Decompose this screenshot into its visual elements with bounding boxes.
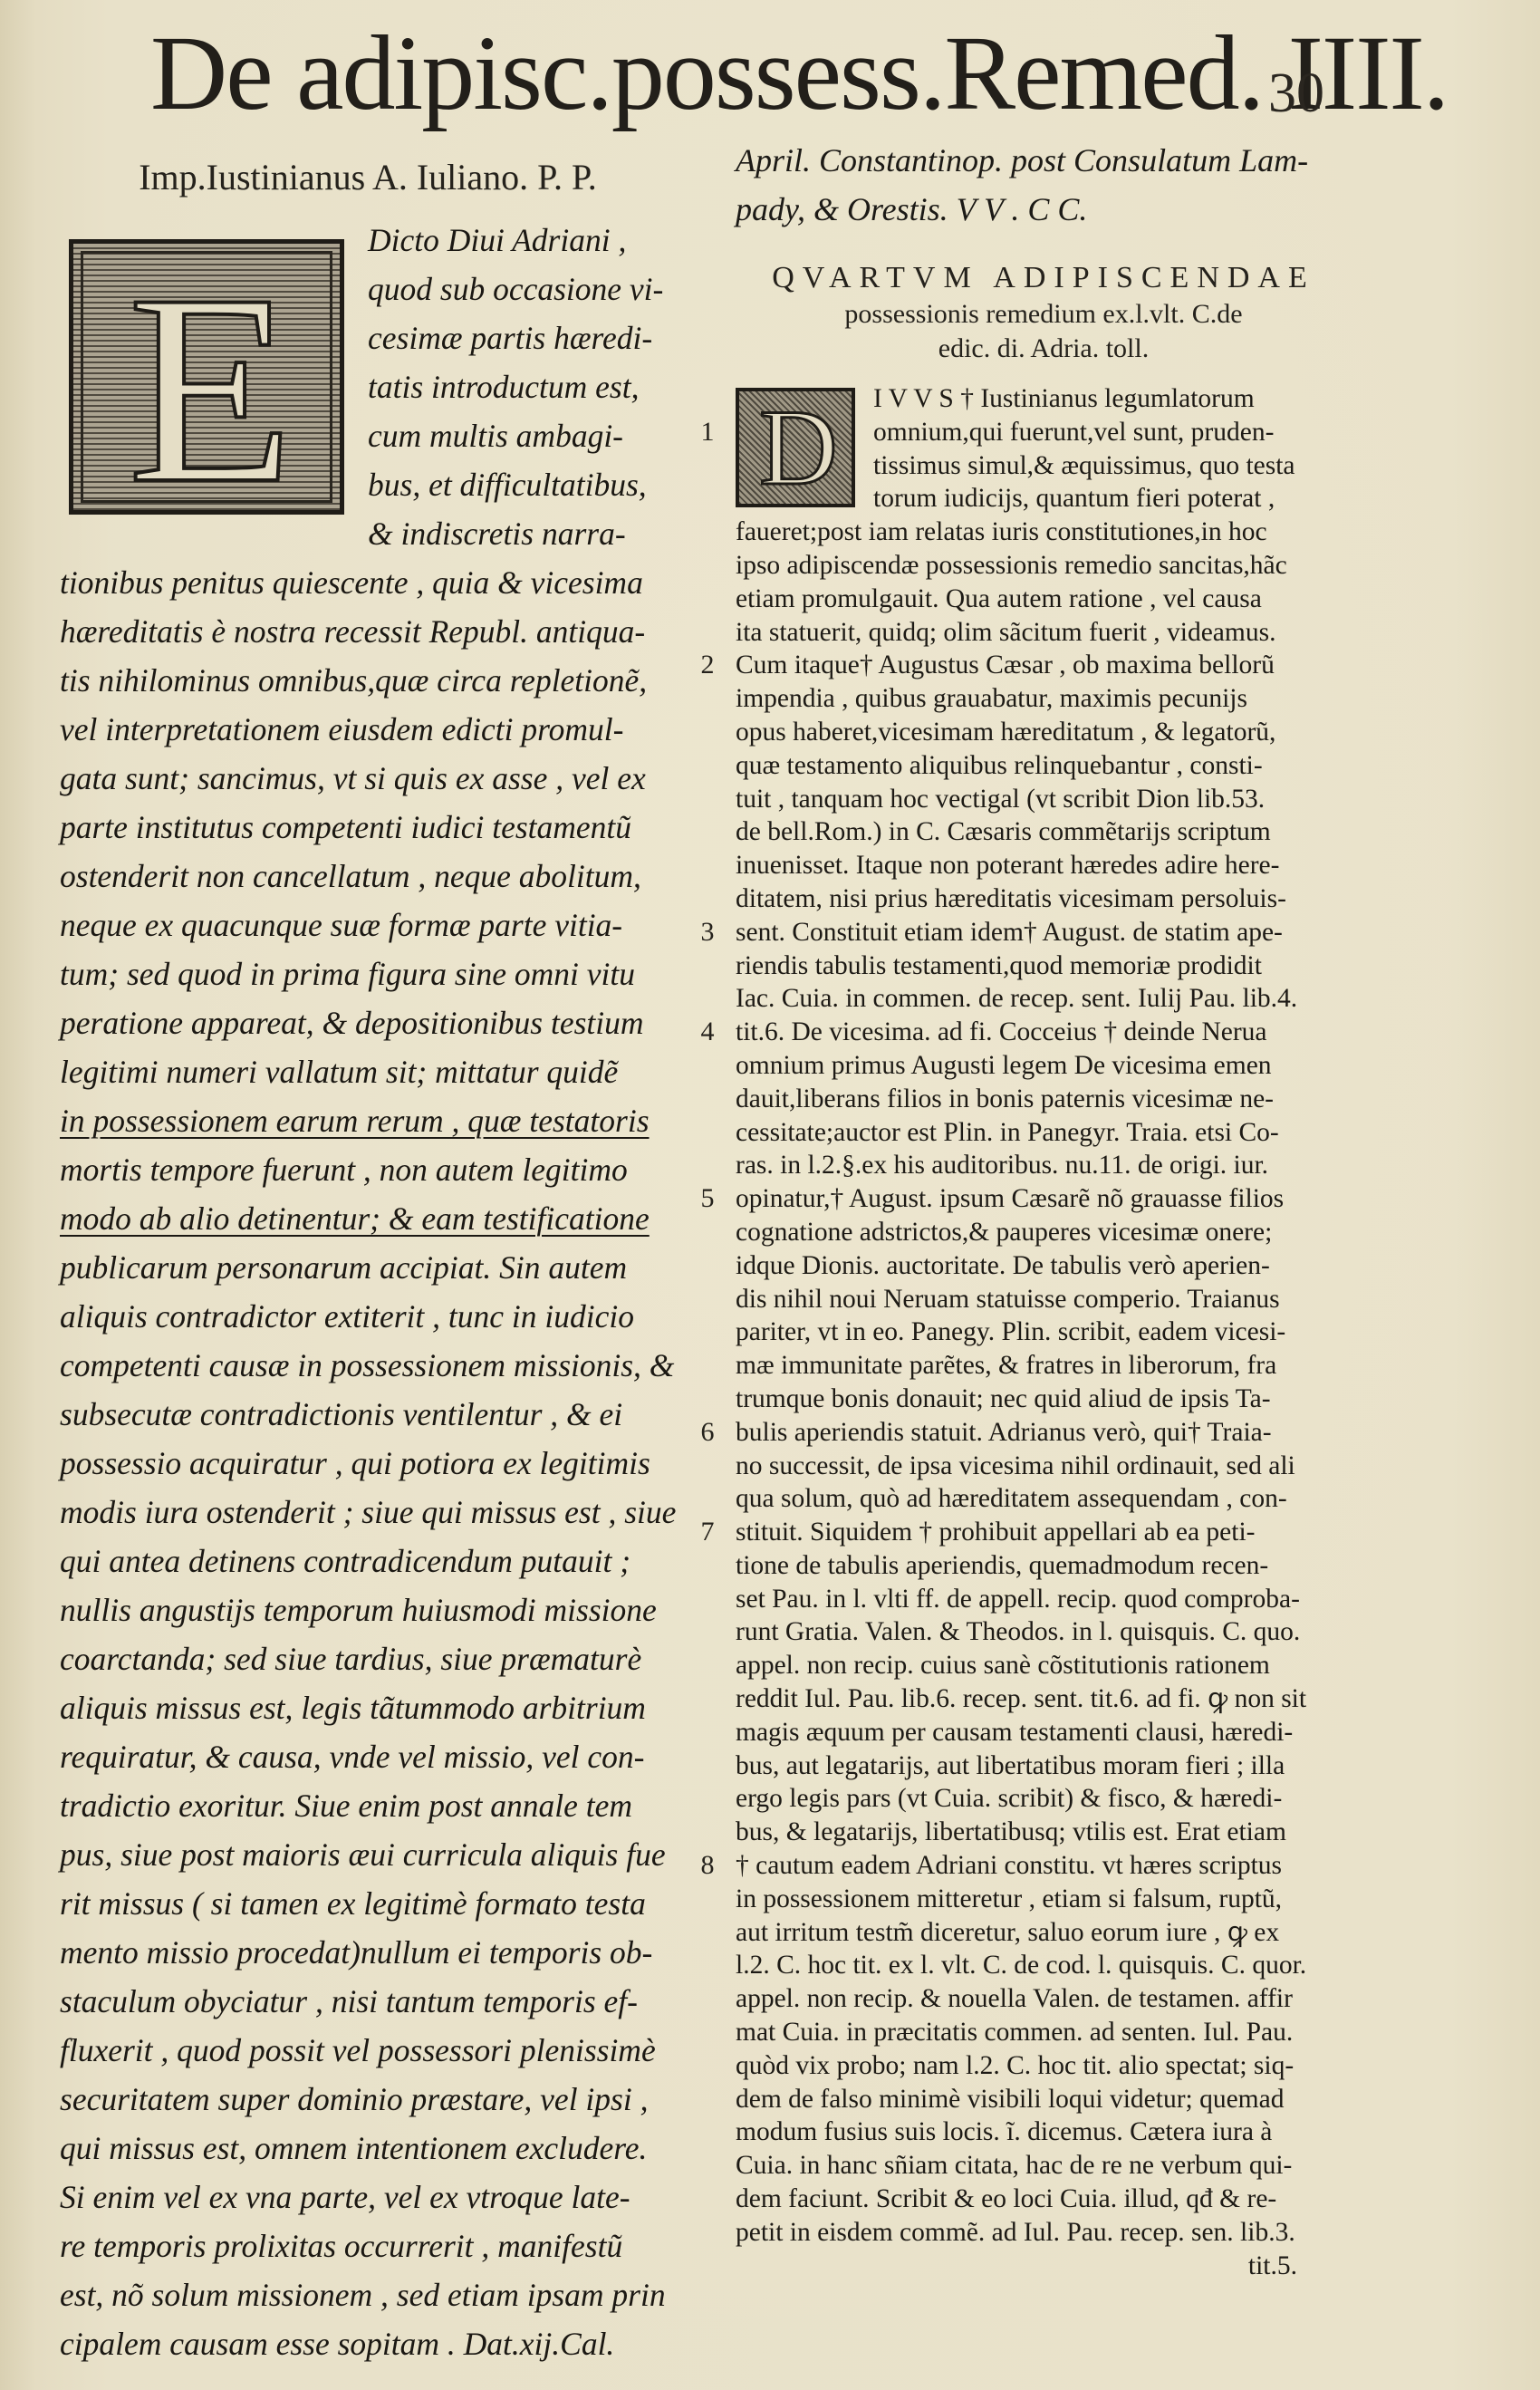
line-text: set Pau. in l. vlti ff. de appell. recip… bbox=[736, 1585, 1300, 1614]
edict-body: tionibus penitus quiescente , quia & vic… bbox=[60, 558, 676, 2368]
underlined-text-line: modo ab alio detinentur; & eam testifica… bbox=[60, 1194, 676, 1243]
line-text: reddit Iul. Pau. lib.6. recep. sent. tit… bbox=[736, 1684, 1306, 1713]
line-text: opinatur,† August. ipsum Cæsarẽ nõ graua… bbox=[736, 1184, 1284, 1213]
text-line: appel. non recip. & nouella Valen. de te… bbox=[736, 1982, 1352, 2016]
text-line: publicarum personarum accipiat. Sin aute… bbox=[60, 1243, 676, 1292]
text-line: omnium primus Augusti legem De vicesima … bbox=[736, 1049, 1352, 1083]
margin-number: 4 bbox=[694, 1016, 721, 1049]
text-line: 3sent. Constituit etiam idem† August. de… bbox=[736, 916, 1352, 949]
text-line: impendia , quibus grauabatur, maximis pe… bbox=[736, 682, 1352, 716]
text-line: qua solum, quò ad hæreditatem assequenda… bbox=[736, 1482, 1352, 1516]
text-line: qui missus est, omnem intentionem exclud… bbox=[60, 2124, 676, 2173]
line-text: tissimus simul,& æquissimus, quo testa bbox=[873, 451, 1295, 480]
text-line: hæreditatis è nostra recessit Republ. an… bbox=[60, 607, 676, 656]
line-text: ipso adipiscendæ possessionis remedio sa… bbox=[736, 551, 1287, 580]
line-text: no successit, de ipsa vicesima nihil ord… bbox=[736, 1451, 1295, 1480]
line-text: mat Cuia. in præcitatis commen. ad sente… bbox=[736, 2018, 1293, 2047]
rubric-heading: Imp.Iustinianus A. Iuliano. P. P. bbox=[60, 156, 676, 199]
text-line: modis iura ostenderit ; siue qui missus … bbox=[60, 1488, 676, 1537]
line-text: Cum itaque† Augustus Cæsar , ob maxima b… bbox=[736, 651, 1275, 679]
line-text: petit in eisdem commẽ. ad Iul. Pau. rece… bbox=[736, 2218, 1295, 2247]
text-line: Cuia. in hanc sñiam citata, hac de re ne… bbox=[736, 2149, 1352, 2183]
line-text: Cuia. in hanc sñiam citata, hac de re ne… bbox=[736, 2151, 1292, 2180]
running-title: De adipisc.possess.Remed. IIII. bbox=[150, 20, 1448, 127]
line-text: appel. non recip. & nouella Valen. de te… bbox=[736, 1984, 1293, 2013]
text-line: 7stituit. Siquidem † prohibuit appellari… bbox=[736, 1516, 1352, 1549]
line-text: I V V S † Iustinianus legumlatorum bbox=[873, 384, 1255, 413]
text-line: mæ immunitate parẽtes, & fratres in libe… bbox=[736, 1349, 1352, 1383]
line-text: sent. Constituit etiam idem† August. de … bbox=[736, 918, 1283, 947]
text-line: mortis tempore fuerunt , non autem legit… bbox=[60, 1145, 676, 1194]
line-text: trumque bonis donauit; nec quid aliud de… bbox=[736, 1384, 1271, 1413]
text-line: ergo legis pars (vt Cuia. scribit) & fis… bbox=[736, 1782, 1352, 1816]
text-line: bus, aut legatarijs, aut libertatibus mo… bbox=[736, 1749, 1352, 1783]
text-line: Iac. Cuia. in commen. de recep. sent. Iu… bbox=[736, 982, 1352, 1016]
line-text: mæ immunitate parẽtes, & fratres in libe… bbox=[736, 1351, 1276, 1380]
text-line: idque Dionis. auctoritate. De tabulis ve… bbox=[736, 1249, 1352, 1283]
line-text: stituit. Siquidem † prohibuit appellari … bbox=[736, 1518, 1256, 1547]
line-text: faueret;post iam relatas iuris constitut… bbox=[736, 517, 1267, 546]
text-line: ostenderit non cancellatum , neque aboli… bbox=[60, 852, 676, 901]
line-text: dis nihil noui Neruam statuisse comperio… bbox=[736, 1285, 1280, 1314]
text-line: trumque bonis donauit; nec quid aliud de… bbox=[736, 1383, 1352, 1416]
text-line: pady, & Orestis. V V . C C. bbox=[736, 185, 1352, 234]
line-text: aut irritum testm̃ diceretur, saluo eoru… bbox=[736, 1918, 1279, 1947]
text-line: fluxerit , quod possit vel possessori pl… bbox=[60, 2026, 676, 2075]
line-text: tione de tabulis aperiendis, quemadmodum… bbox=[736, 1551, 1268, 1580]
text-line: ditatem, nisi prius hæreditatis vicesima… bbox=[736, 882, 1352, 916]
text-line: opus haberet,vicesimam hæreditatum , & l… bbox=[736, 716, 1352, 749]
text-line: pus, siue post maioris æui curricula ali… bbox=[60, 1830, 676, 1879]
section-heading-caps: QVARTVM ADIPISCENDAE bbox=[736, 259, 1352, 297]
line-text: ita statuerit, quidq; olim sãcitum fueri… bbox=[736, 618, 1275, 647]
text-line: ipso adipiscendæ possessionis remedio sa… bbox=[736, 549, 1352, 583]
line-text: runt Gratia. Valen. & Theodos. in l. qui… bbox=[736, 1617, 1300, 1646]
line-text: ergo legis pars (vt Cuia. scribit) & fis… bbox=[736, 1784, 1282, 1813]
line-text: † cautum eadem Adriani constitu. vt hære… bbox=[736, 1851, 1282, 1880]
decorated-initial-e-icon: E bbox=[69, 239, 344, 515]
text-line: cipalem causam esse sopitam . Dat.xij.Ca… bbox=[60, 2319, 676, 2368]
text-line: peratione appareat, & depositionibus tes… bbox=[60, 998, 676, 1047]
line-text: cessitate;auctor est Plin. in Panegyr. T… bbox=[736, 1118, 1279, 1147]
page-number: 30 bbox=[1268, 65, 1324, 121]
line-text: l.2. C. hoc tit. ex l. vlt. C. de cod. l… bbox=[736, 1951, 1306, 1980]
text-line: tionibus penitus quiescente , quia & vic… bbox=[60, 558, 676, 607]
line-text: idque Dionis. auctoritate. De tabulis ve… bbox=[736, 1251, 1270, 1280]
underlined-text-line: in possessionem earum rerum , quæ testat… bbox=[60, 1096, 676, 1145]
text-line: set Pau. in l. vlti ff. de appell. recip… bbox=[736, 1583, 1352, 1616]
text-line: mat Cuia. in præcitatis commen. ad sente… bbox=[736, 2016, 1352, 2049]
text-line: aut irritum testm̃ diceretur, saluo eoru… bbox=[736, 1916, 1352, 1950]
date-subscription: April. Constantinop. post Consulatum Lam… bbox=[736, 136, 1352, 234]
text-line: gata sunt; sancimus, vt si quis ex asse … bbox=[60, 754, 676, 803]
line-text: riendis tabulis testamenti,quod memoriæ … bbox=[736, 951, 1262, 980]
text-line: competenti causæ in possessionem mission… bbox=[60, 1341, 676, 1390]
text-line: magis æquum per causam testamenti clausi… bbox=[736, 1716, 1352, 1749]
section-heading: QVARTVM ADIPISCENDAE possessionis remedi… bbox=[736, 259, 1352, 366]
line-text: Iac. Cuia. in commen. de recep. sent. Iu… bbox=[736, 984, 1297, 1013]
text-line: dauit,liberans filios in bonis paternis … bbox=[736, 1083, 1352, 1116]
text-line: bus, & legatarijs, libertatibusq; vtilis… bbox=[736, 1816, 1352, 1849]
line-text: dem faciunt. Scribit & eo loci Cuia. ill… bbox=[736, 2184, 1276, 2213]
line-text: omnium primus Augusti legem De vicesima … bbox=[736, 1051, 1272, 1080]
text-line: no successit, de ipsa vicesima nihil ord… bbox=[736, 1450, 1352, 1483]
text-line: qui antea detinens contradicendum putaui… bbox=[60, 1537, 676, 1585]
text-line: dem de falso minimè visibili loqui videt… bbox=[736, 2083, 1352, 2116]
text-line: dis nihil noui Neruam statuisse comperio… bbox=[736, 1283, 1352, 1316]
text-line: etiam promulgauit. Qua autem ratione , v… bbox=[736, 583, 1352, 616]
text-line: possessio acquiratur , qui potiora ex le… bbox=[60, 1439, 676, 1488]
margin-number: 5 bbox=[694, 1182, 721, 1216]
line-text: ditatem, nisi prius hæreditatis vicesima… bbox=[736, 884, 1286, 913]
text-line: requiratur, & causa, vnde vel missio, ve… bbox=[60, 1732, 676, 1781]
text-line: quæ testamento aliquibus relinquebantur … bbox=[736, 749, 1352, 783]
text-line: legitimi numeri vallatum sit; mittatur q… bbox=[60, 1047, 676, 1096]
text-line: tradictio exoritur. Siue enim post annal… bbox=[60, 1781, 676, 1830]
text-line: faueret;post iam relatas iuris constitut… bbox=[736, 516, 1352, 549]
margin-number: 7 bbox=[694, 1516, 721, 1549]
text-line: neque ex quacunque suæ formæ parte vitia… bbox=[60, 901, 676, 949]
line-text: qua solum, quò ad hæreditatem assequenda… bbox=[736, 1484, 1287, 1513]
line-text: cognatione adstrictos,& pauperes vicesim… bbox=[736, 1218, 1272, 1247]
text-line: 1omnium,qui fuerunt,vel sunt, pruden- bbox=[736, 416, 1352, 449]
margin-number: 8 bbox=[694, 1849, 721, 1883]
text-line: cessitate;auctor est Plin. in Panegyr. T… bbox=[736, 1116, 1352, 1150]
section-heading-sub: edic. di. Adria. toll. bbox=[736, 332, 1352, 366]
line-text: bus, aut legatarijs, aut libertatibus mo… bbox=[736, 1751, 1285, 1780]
line-text: bulis aperiendis statuit. Adrianus verò,… bbox=[736, 1418, 1272, 1447]
text-line: quòd vix probo; nam l.2. C. hoc tit. ali… bbox=[736, 2049, 1352, 2083]
section-heading-sub: possessionis remedium ex.l.vlt. C.de bbox=[736, 297, 1352, 332]
text-line: riendis tabulis testamenti,quod memoriæ … bbox=[736, 949, 1352, 983]
margin-number: 6 bbox=[694, 1416, 721, 1450]
line-text: etiam promulgauit. Qua autem ratione , v… bbox=[736, 584, 1262, 613]
line-text: torum iudicijs, quantum fieri poterat , bbox=[873, 484, 1275, 513]
text-line: runt Gratia. Valen. & Theodos. in l. qui… bbox=[736, 1615, 1352, 1649]
line-text: opus haberet,vicesimam hæreditatum , & l… bbox=[736, 718, 1275, 747]
text-line: appel. non recip. cuius sanè cõstitution… bbox=[736, 1649, 1352, 1682]
left-column: Imp.Iustinianus A. Iuliano. P. P. E Dict… bbox=[60, 156, 676, 2368]
line-text: ras. in l.2.§.ex his auditoribus. nu.11.… bbox=[736, 1151, 1268, 1180]
line-text: bus, & legatarijs, libertatibusq; vtilis… bbox=[736, 1817, 1286, 1846]
text-line: ras. in l.2.§.ex his auditoribus. nu.11.… bbox=[736, 1149, 1352, 1182]
text-line: Si enim vel ex vna parte, vel ex vtroque… bbox=[60, 2173, 676, 2221]
right-column: April. Constantinop. post Consulatum Lam… bbox=[736, 136, 1352, 2282]
text-line: cognatione adstrictos,& pauperes vicesim… bbox=[736, 1216, 1352, 1249]
text-line: nullis angustijs temporum huiusmodi miss… bbox=[60, 1585, 676, 1634]
text-line: staculum obyciatur , nisi tantum tempori… bbox=[60, 1977, 676, 2026]
text-line: subsecutæ contradictionis ventilentur , … bbox=[60, 1390, 676, 1439]
text-line: mento missio procedat)nullum ei temporis… bbox=[60, 1928, 676, 1977]
text-line: petit in eisdem commẽ. ad Iul. Pau. rece… bbox=[736, 2216, 1352, 2250]
text-line: rit missus ( si tamen ex legitimè format… bbox=[60, 1879, 676, 1928]
text-line: coarctanda; sed siue tardius, siue præma… bbox=[60, 1634, 676, 1683]
line-text: appel. non recip. cuius sanè cõstitution… bbox=[736, 1651, 1270, 1680]
text-line: reddit Iul. Pau. lib.6. recep. sent. tit… bbox=[736, 1682, 1352, 1716]
text-line: de bell.Rom.) in C. Cæsaris commẽtarijs … bbox=[736, 815, 1352, 849]
text-line: 4tit.6. De vicesima. ad fi. Cocceius † d… bbox=[736, 1016, 1352, 1049]
text-line: tione de tabulis aperiendis, quemadmodum… bbox=[736, 1549, 1352, 1583]
text-line: securitatem super dominio præstare, vel … bbox=[60, 2075, 676, 2124]
text-line: 5opinatur,† August. ipsum Cæsarẽ nõ grau… bbox=[736, 1182, 1352, 1216]
line-text: omnium,qui fuerunt,vel sunt, pruden- bbox=[873, 418, 1274, 447]
commentary-body: D I V V S † Iustinianus legumlatorum 1om… bbox=[736, 382, 1352, 2282]
text-line: aliquis contradictor extiterit , tunc in… bbox=[60, 1292, 676, 1341]
text-line: est, nõ solum missionem , sed etiam ipsa… bbox=[60, 2270, 676, 2319]
line-text: modum fusius suis locis. ĩ. dicemus. Cæt… bbox=[736, 2117, 1272, 2146]
line-text: dem de falso minimè visibili loqui videt… bbox=[736, 2085, 1284, 2114]
text-line: modum fusius suis locis. ĩ. dicemus. Cæt… bbox=[736, 2115, 1352, 2149]
book-page: De adipisc.possess.Remed. IIII. 30 Imp.I… bbox=[0, 0, 1540, 2390]
line-text: quòd vix probo; nam l.2. C. hoc tit. ali… bbox=[736, 2051, 1294, 2080]
text-line: tum; sed quod in prima figura sine omni … bbox=[60, 949, 676, 998]
text-line: dem faciunt. Scribit & eo loci Cuia. ill… bbox=[736, 2183, 1352, 2216]
line-text: dauit,liberans filios in bonis paternis … bbox=[736, 1084, 1274, 1113]
text-line: re temporis prolixitas occurrerit , mani… bbox=[60, 2221, 676, 2270]
margin-number: 1 bbox=[694, 416, 721, 449]
line-text: in possessionem mitteretur , etiam si fa… bbox=[736, 1884, 1282, 1913]
text-line: pariter, vt in eo. Panegy. Plin. scribit… bbox=[736, 1315, 1352, 1349]
line-text: magis æquum per causam testamenti clausi… bbox=[736, 1718, 1293, 1747]
text-line: 6bulis aperiendis statuit. Adrianus verò… bbox=[736, 1416, 1352, 1450]
line-text: pariter, vt in eo. Panegy. Plin. scribit… bbox=[736, 1317, 1285, 1346]
text-line: tuit , tanquam hoc vectigal (vt scribit … bbox=[736, 783, 1352, 816]
line-text: tuit , tanquam hoc vectigal (vt scribit … bbox=[736, 785, 1265, 814]
text-line: aliquis missus est, legis tãtummodo arbi… bbox=[60, 1683, 676, 1732]
text-line: I V V S † Iustinianus legumlatorum bbox=[736, 382, 1352, 416]
line-text: impendia , quibus grauabatur, maximis pe… bbox=[736, 684, 1247, 713]
line-text: inuenisset. Itaque non poterant hæredes … bbox=[736, 851, 1279, 880]
text-line: April. Constantinop. post Consulatum Lam… bbox=[736, 136, 1352, 185]
initial-letter: E bbox=[128, 253, 294, 525]
text-line: in possessionem mitteretur , etiam si fa… bbox=[736, 1883, 1352, 1916]
text-line: 2Cum itaque† Augustus Cæsar , ob maxima … bbox=[736, 649, 1352, 682]
text-line: ita statuerit, quidq; olim sãcitum fueri… bbox=[736, 616, 1352, 650]
line-text: de bell.Rom.) in C. Cæsaris commẽtarijs … bbox=[736, 817, 1271, 846]
text-line: torum iudicijs, quantum fieri poterat , bbox=[736, 482, 1352, 516]
text-line: 8† cautum eadem Adriani constitu. vt hær… bbox=[736, 1849, 1352, 1883]
margin-number: 2 bbox=[694, 649, 721, 682]
line-text: quæ testamento aliquibus relinquebantur … bbox=[736, 751, 1263, 780]
text-line: l.2. C. hoc tit. ex l. vlt. C. de cod. l… bbox=[736, 1949, 1352, 1982]
text-line: tis nihilominus omnibus,quæ circa replet… bbox=[60, 656, 676, 705]
line-text: tit.6. De vicesima. ad fi. Cocceius † de… bbox=[736, 1017, 1267, 1046]
text-line: vel interpretationem eiusdem edicti prom… bbox=[60, 705, 676, 754]
text-line: inuenisset. Itaque non poterant hæredes … bbox=[736, 849, 1352, 882]
text-line: tissimus simul,& æquissimus, quo testa bbox=[736, 449, 1352, 483]
text-line: parte institutus competenti iudici testa… bbox=[60, 803, 676, 852]
text-line-tail: tit.5. bbox=[736, 2250, 1352, 2283]
margin-number: 3 bbox=[694, 916, 721, 949]
